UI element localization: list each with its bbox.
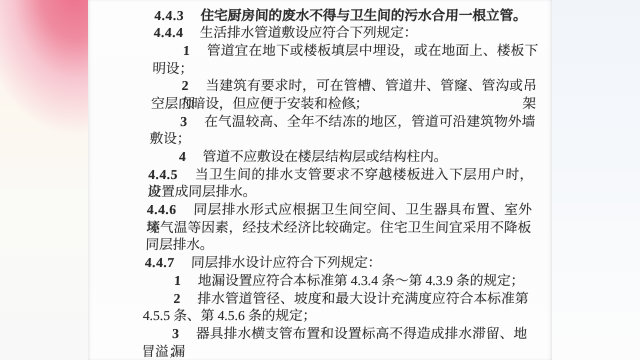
document-page: 4.4.3 住宅厨房间的废水不得与卫生间的污水合用一根立管。 4.4.4 生活排… xyxy=(88,0,552,360)
text-line: 4.5.5 条、第 4.5.6 条的规定； xyxy=(143,307,529,325)
line-text: 排水管道管径、坡度和最大设计充满度应符合本标准第 xyxy=(197,291,529,306)
text-line: 3 在气温较高、全年不结冻的地区，管道可沿建筑物外墙 xyxy=(150,113,536,131)
line-text: 同层排水。 xyxy=(145,237,214,252)
line-text: 境气温等因素，经技术经济比较确定。住宅卫生间宜采用不降板 xyxy=(146,220,532,235)
item-number: 1 xyxy=(183,43,191,58)
text-line: 1 地漏设置应符合本标准第 4.3.4 条～第 4.3.9 条的规定； xyxy=(144,272,530,290)
text-line: 4.4.3 住宅厨房间的废水不得与卫生间的污水合用一根立管。 xyxy=(154,7,540,25)
line-text: 敷设； xyxy=(149,131,190,146)
clause-number: 4.4.6 xyxy=(147,202,177,217)
video-frame: 4.4.3 住宅厨房间的废水不得与卫生间的污水合用一根立管。 4.4.4 生活排… xyxy=(0,0,640,360)
line-text: 同层排水设计应符合下列规定： xyxy=(191,255,382,270)
item-number: 4 xyxy=(179,149,187,164)
text-line: 境气温等因素，经技术经济比较确定。住宅卫生间宜采用不降板 xyxy=(146,219,532,237)
clause-number: 4.4.4 xyxy=(153,25,183,40)
item-number: 1 xyxy=(174,273,182,288)
text-line: 4.4.4 生活排水管道敷设应符合下列规定： xyxy=(153,24,539,42)
line-text: 管道不应敷设在楼层结构层或结构柱内。 xyxy=(202,149,447,164)
text-line: 4.4.7 同层排水设计应符合下列规定： xyxy=(145,254,531,272)
item-number: 2 xyxy=(173,291,181,306)
text-line: 2 排水管道管径、坡度和最大设计充满度应符合本标准第 xyxy=(143,290,529,308)
line-text: 管道宜在地下或楼板填层中埋设，或在地面上、楼板下 xyxy=(207,43,539,58)
clause-number: 4.4.7 xyxy=(145,255,175,270)
text-line: 3 器具排水横支管布置和设置标高不得造成排水滞留、地漏 xyxy=(142,325,528,343)
clause-number: 4.4.3 xyxy=(154,8,184,23)
text-line: 明设； xyxy=(152,60,538,78)
item-number: 3 xyxy=(172,326,180,341)
text-line: 设置成同层排水。 xyxy=(147,183,533,201)
text-line: 同层排水。 xyxy=(145,236,531,254)
blurred-background-left xyxy=(0,0,88,360)
document-text-block: 4.4.3 住宅厨房间的废水不得与卫生间的污水合用一根立管。 4.4.4 生活排… xyxy=(141,0,540,360)
line-text: 空层内暗设，但应便于安装和检修； xyxy=(151,96,369,111)
text-line: 1 管道宜在地下或楼板填层中埋设，或在地面上、楼板下 xyxy=(153,42,539,60)
text-line: 冒溢； xyxy=(141,343,527,360)
text-line: 2 当建筑有要求时，可在管槽、管道井、管窿、管沟或吊顶、架 xyxy=(151,77,537,95)
blurred-background-right xyxy=(552,0,640,360)
text-line: 敷设； xyxy=(149,130,535,148)
text-line: 4.4.6 同层排水形式应根据卫生间空间、卫生器具布置、室外环 xyxy=(147,201,533,219)
line-text: 4.5.5 条、第 4.5.6 条的规定； xyxy=(143,308,317,323)
text-line: 4.4.5 当卫生间的排水支管要求不穿越楼板进入下层用户时，应 xyxy=(148,166,534,184)
item-number: 3 xyxy=(180,114,188,129)
line-text: 明设； xyxy=(152,61,193,76)
line-text: 地漏设置应符合本标准第 4.3.4 条～第 4.3.9 条的规定； xyxy=(198,273,525,288)
item-number: 2 xyxy=(181,78,189,93)
clause-number: 4.4.5 xyxy=(148,167,178,182)
text-line: 4 管道不应敷设在楼层结构层或结构柱内。 xyxy=(149,148,535,166)
line-text: 设置成同层排水。 xyxy=(147,184,256,199)
line-text: 住宅厨房间的废水不得与卫生间的污水合用一根立管。 xyxy=(200,8,527,23)
line-text: 冒溢； xyxy=(141,344,182,359)
line-text: 在气温较高、全年不结冻的地区，管道可沿建筑物外墙 xyxy=(204,114,536,129)
line-text: 生活排水管道敷设应符合下列规定： xyxy=(200,25,418,40)
